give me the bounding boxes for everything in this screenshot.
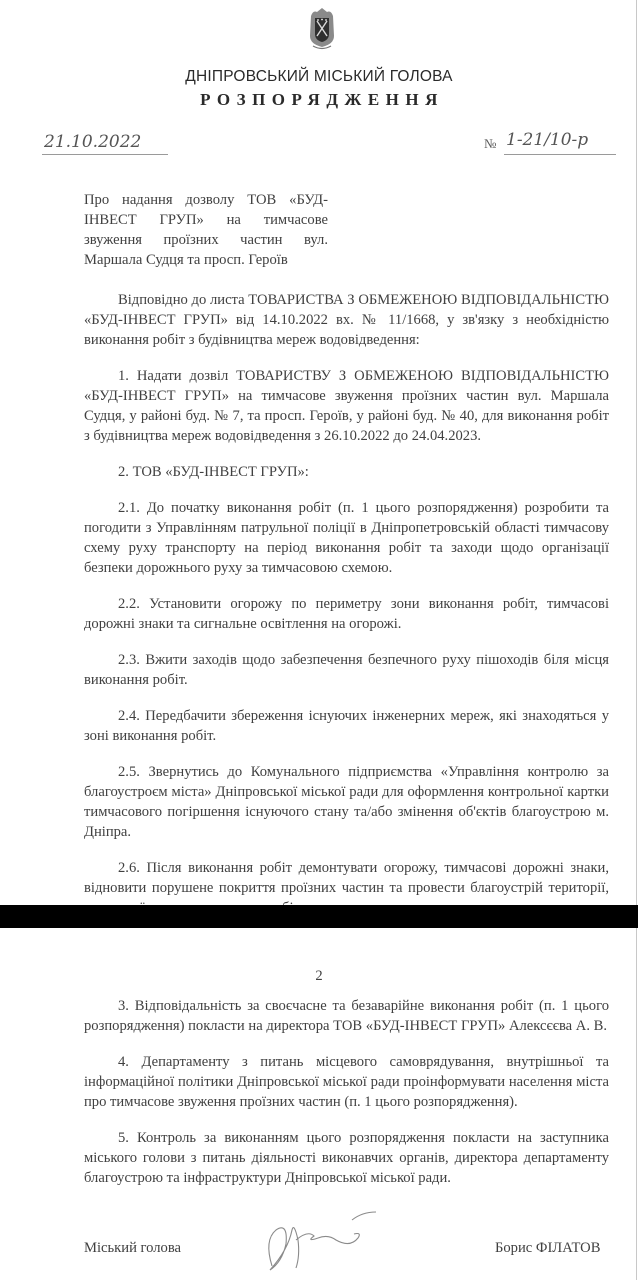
signatory-title: Міський голова [84,1240,181,1257]
coat-of-arms-icon [307,6,337,50]
clause-1: 1. Надати дозвіл ТОВАРИСТВУ З ОБМЕЖЕНОЮ … [84,366,609,446]
page-separator [0,905,638,928]
preamble-paragraph: Відповідно до листа ТОВАРИСТВА З ОБМЕЖЕН… [84,290,609,350]
page1-body: Відповідно до листа ТОВАРИСТВА З ОБМЕЖЕН… [84,290,609,918]
clause-3: 3. Відповідальність за своєчасне та беза… [84,996,609,1036]
organization-title: ДНІПРОВСЬКИЙ МІСЬКИЙ ГОЛОВА [0,68,638,86]
clause-2-2: 2.2. Установити огорожу по периметру зон… [84,594,609,634]
signatory-name: Борис ФІЛАТОВ [495,1240,600,1257]
document-number: 1-21/10-р [504,130,616,155]
document-type-title: РОЗПОРЯДЖЕННЯ [0,90,638,110]
clause-2-4: 2.4. Передбачити збереження існуючих інж… [84,706,609,746]
clause-2-1: 2.1. До початку виконання робіт (п. 1 ць… [84,498,609,578]
clause-2-3: 2.3. Вжити заходів щодо забезпечення без… [84,650,609,690]
page-edge [636,0,637,1280]
page-number: 2 [0,968,638,985]
clause-4: 4. Департаменту з питань місцевого самов… [84,1052,609,1112]
clause-2: 2. ТОВ «БУД-ІНВЕСТ ГРУП»: [84,462,609,482]
page2-body: 3. Відповідальність за своєчасне та беза… [84,996,609,1188]
document-date: 21.10.2022 [42,132,168,155]
handwritten-signature-icon [258,1200,388,1280]
clause-5: 5. Контроль за виконанням цього розпоряд… [84,1128,609,1188]
clause-2-5: 2.5. Звернутись до Комунального підприєм… [84,762,609,842]
document-subject: Про надання дозволу ТОВ «БУД-ІНВЕСТ ГРУП… [84,190,328,270]
number-label: № [484,136,496,152]
